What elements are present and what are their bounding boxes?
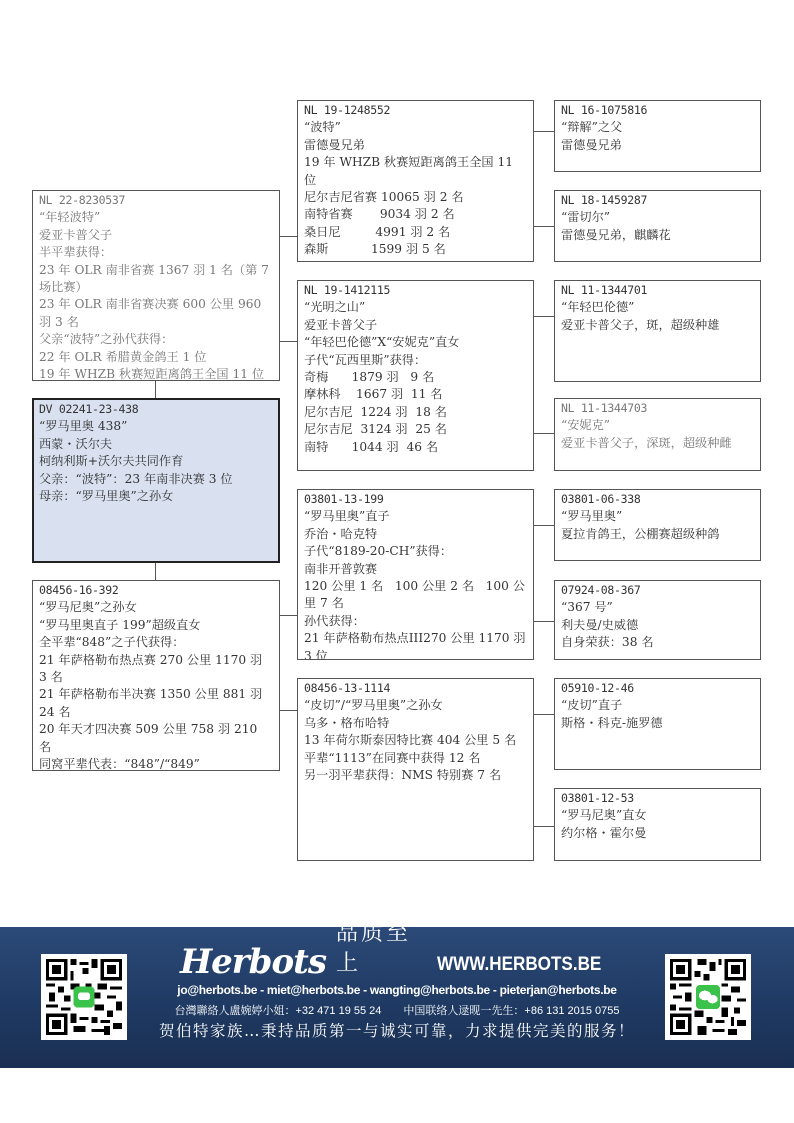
- detail-line: 奇梅 1879 羽 9 名: [304, 369, 527, 386]
- bird-name: “皮切”/“罗马里奥”之孙女: [304, 697, 527, 714]
- ring-number: NL 11-1344701: [561, 282, 754, 299]
- bird-name: “罗马里奥 438”: [39, 418, 273, 435]
- pedigree-box-sire-dam: NL 19-1412115 “光明之山” 爱亚卡普父子 “年轻巴伦德”X“安妮克…: [297, 280, 534, 471]
- pedigree-box-ggp-6: 07924-08-367 “367 号” 利夫曼/史威德 自身荣获：38 名: [554, 580, 761, 660]
- breeder: 爱亚卡普父子: [39, 227, 273, 244]
- breeder: 雷德曼兄弟: [561, 137, 754, 154]
- detail-line: 平辈“1113”在同赛中获得 12 名: [304, 750, 527, 767]
- bird-name: “罗马尼奥”直女: [561, 807, 754, 824]
- breeder: 爱亚卡普父子: [304, 317, 527, 334]
- breeder: 雷德曼兄弟: [304, 137, 527, 154]
- footer-banner: Herbots 品质至上 WWW.HERBOTS.BE jo@herbots.b…: [0, 927, 794, 1068]
- connector-line: [533, 826, 554, 827]
- contact-label: 中国联络人逯𬀪一先生：: [403, 1004, 524, 1017]
- detail-line: 20 年天才四决赛 509 公里 758 羽 210 名: [39, 721, 273, 756]
- website-link[interactable]: WWW.HERBOTS.BE: [437, 951, 601, 979]
- ring-number: NL 16-1075816: [561, 102, 754, 119]
- detail-line: 摩林科 1667 羽 11 名: [304, 386, 527, 403]
- bird-name: “光明之山”: [304, 299, 527, 316]
- breeder: 乌多・格布哈特: [304, 715, 527, 732]
- detail-line: 尼尔吉尼 3124 羽 25 名: [304, 421, 527, 438]
- detail-line: “年轻巴伦德”X“安妮克”直女: [304, 334, 527, 351]
- connector-line: [155, 562, 156, 580]
- contact-china: 中国联络人逯𬀪一先生：+86 131 2015 0755: [403, 1002, 619, 1018]
- connector-line: [533, 621, 554, 622]
- ring-number: 03801-13-199: [304, 491, 527, 508]
- detail-line: 同窝平辈代表：“848”/“849”: [39, 756, 273, 771]
- ring-number: 03801-12-53: [561, 790, 754, 807]
- breeder: 柯纳利斯+沃尔夫共同作育: [39, 453, 273, 470]
- herbots-logo: Herbots: [180, 945, 326, 979]
- bird-name: “皮切”直子: [561, 697, 754, 714]
- ring-number: 08456-13-1114: [304, 680, 527, 697]
- ring-number: NL 19-1412115: [304, 282, 527, 299]
- bird-name: “辩解”之父: [561, 119, 754, 136]
- owner: 西蒙・沃尔夫: [39, 436, 273, 453]
- ring-number: 07924-08-367: [561, 582, 754, 599]
- detail-line: “罗马里奥直子 199”超级直女: [39, 617, 273, 634]
- connector-line: [155, 380, 156, 398]
- pedigree-box-ggp-7: 05910-12-46 “皮切”直子 斯格・科克-施罗德: [554, 678, 761, 770]
- bird-name: “安妮克”: [561, 417, 754, 434]
- connector-line: [533, 316, 554, 317]
- ring-number: NL 19-1248552: [304, 102, 527, 119]
- connector-line: [279, 615, 297, 616]
- connector-line: [533, 714, 554, 715]
- motto: 贺伯特家族…秉持品质第一与诚实可靠，力求提供完美的服务！: [140, 1019, 654, 1041]
- detail-line: 南非开普敦赛: [304, 561, 527, 578]
- detail-line: 孙代获得：: [304, 613, 527, 630]
- ring-number: 03801-06-338: [561, 491, 754, 508]
- bird-name: “雷切尔”: [561, 209, 754, 226]
- pedigree-box-ggp-4: NL 11-1344703 “安妮克” 爱亚卡普父子，深斑，超级种雌: [554, 398, 761, 471]
- bird-name: “波特”: [304, 119, 527, 136]
- detail-line: 尼尔吉尼 1224 羽 18 名: [304, 404, 527, 421]
- detail-line: 21 年萨格勒布半决赛 1350 公里 881 羽 24 名: [39, 686, 273, 721]
- breeder: 爱亚卡普父子，深斑，超级种雌: [561, 435, 754, 452]
- connector-line: [533, 226, 554, 227]
- detail-line: 22 年 OLR 希腊黄金鸽王 1 位: [39, 349, 273, 366]
- pedigree-box-dam-dam: 08456-13-1114 “皮切”/“罗马里奥”之孙女 乌多・格布哈特 13 …: [297, 678, 534, 861]
- bird-name: “罗马里奥”: [561, 508, 754, 525]
- phone-number[interactable]: +32 471 19 55 24: [295, 1005, 381, 1017]
- breeder: 夏拉肯鸽王，公棚赛超级种鸽: [561, 526, 754, 543]
- connector-line: [533, 433, 554, 434]
- ring-number: NL 22-8230537: [39, 192, 273, 209]
- pedigree-box-sire: NL 22-8230537 “年轻波特” 爱亚卡普父子 半平辈获得： 23 年 …: [32, 190, 280, 381]
- detail-line: 子代“瓦西里斯”获得：: [304, 352, 527, 369]
- email-list[interactable]: jo@herbots.be - miet@herbots.be - wangti…: [140, 983, 654, 997]
- pedigree-box-dam-sire: 03801-13-199 “罗马里奥”直子 乔治・哈克特 子代“8189-20-…: [297, 489, 534, 660]
- breeder: 利夫曼/史威德: [561, 617, 754, 634]
- pedigree-box-ggp-2: NL 18-1459287 “雷切尔” 雷德曼兄弟，麒麟花: [554, 190, 761, 262]
- contact-row: 台灣聯絡人盧婉婷小姐：+32 471 19 55 24 中国联络人逯𬀪一先生：+…: [140, 1002, 654, 1018]
- breeder: 斯格・科克-施罗德: [561, 715, 754, 732]
- ring-number: NL 11-1344703: [561, 400, 754, 417]
- detail-line: 另一羽平辈获得：NMS 特别赛 7 名: [304, 767, 527, 784]
- detail-line: 19 年 WHZB 秋赛短距离鸽王全国 11 位: [39, 366, 273, 381]
- detail-line: 父亲“波特”之孙代获得：: [39, 331, 273, 348]
- connector-line: [279, 341, 297, 342]
- breeder: 雷德曼兄弟，麒麟花: [561, 227, 754, 244]
- connector-line: [533, 525, 554, 526]
- detail-line: 23 年 OLR 南非省赛决赛 600 公里 960 羽 3 名: [39, 296, 273, 331]
- brand-slogan: 品质至上: [336, 919, 427, 979]
- detail-line: 21 年萨格勒布热点III270 公里 1170 羽 3 位: [304, 630, 527, 660]
- pedigree-box-dam: 08456-16-392 “罗马尼奥”之孙女 “罗马里奥直子 199”超级直女 …: [32, 580, 280, 771]
- detail-line: 自身荣获：38 名: [561, 634, 754, 651]
- ring-number: 08456-16-392: [39, 582, 273, 599]
- pedigree-box-subject: DV 02241-23-438 “罗马里奥 438” 西蒙・沃尔夫 柯纳利斯+沃…: [32, 398, 280, 563]
- detail-line: 桑日尼 4991 羽 2 名: [304, 224, 527, 241]
- bird-name: “年轻巴伦德”: [561, 299, 754, 316]
- detail-line: 13 年荷尔斯泰因特比赛 404 公里 5 名: [304, 732, 527, 749]
- pedigree-box-sire-sire: NL 19-1248552 “波特” 雷德曼兄弟 19 年 WHZB 秋赛短距离…: [297, 100, 534, 262]
- detail-line: 120 公里 1 名 100 公里 2 名 100 公里 7 名: [304, 578, 527, 613]
- pedigree-box-ggp-8: 03801-12-53 “罗马尼奥”直女 约尔格・霍尔曼: [554, 788, 761, 861]
- contact-label: 台灣聯絡人盧婉婷小姐：: [174, 1004, 295, 1017]
- connector-line: [279, 236, 297, 237]
- ring-number: DV 02241-23-438: [39, 401, 273, 418]
- phone-number[interactable]: +86 131 2015 0755: [524, 1005, 619, 1017]
- pedigree-box-ggp-1: NL 16-1075816 “辩解”之父 雷德曼兄弟: [554, 100, 761, 172]
- detail-line: 尼尔吉尼省赛 10065 羽 2 名: [304, 189, 527, 206]
- bird-name: “罗马里奥”直子: [304, 508, 527, 525]
- detail-line: 19 年 WHZB 秋赛短距离鸽王全国 11 位: [304, 154, 527, 189]
- brand-row: Herbots 品质至上 WWW.HERBOTS.BE: [180, 943, 620, 979]
- bird-name: “罗马尼奥”之孙女: [39, 599, 273, 616]
- bird-name: “367 号”: [561, 599, 754, 616]
- line-qr-icon[interactable]: [41, 954, 127, 1040]
- detail-line: 南特 1044 羽 46 名: [304, 439, 527, 456]
- wechat-qr-icon[interactable]: [665, 954, 751, 1040]
- connector-line: [279, 710, 297, 711]
- ring-number: 05910-12-46: [561, 680, 754, 697]
- father-info: 父亲：“波特”：23 年南非决赛 3 位: [39, 471, 273, 488]
- detail-line: 子代“8189-20-CH”获得：: [304, 543, 527, 560]
- detail-line: 21 年萨格勒布热点赛 270 公里 1170 羽 3 名: [39, 652, 273, 687]
- breeder: 约尔格・霍尔曼: [561, 825, 754, 842]
- detail-line: 南特省赛 9034 羽 2 名: [304, 206, 527, 223]
- mother-info: 母亲：“罗马里奥”之孙女: [39, 488, 273, 505]
- pedigree-box-ggp-5: 03801-06-338 “罗马里奥” 夏拉肯鸽王，公棚赛超级种鸽: [554, 489, 761, 561]
- detail-line: 半平辈获得：: [39, 244, 273, 261]
- pedigree-box-ggp-3: NL 11-1344701 “年轻巴伦德” 爱亚卡普父子，斑，超级种雄: [554, 280, 761, 382]
- breeder: 乔治・哈克特: [304, 526, 527, 543]
- detail-line: 森斯 1599 羽 5 名: [304, 241, 527, 258]
- contact-taiwan: 台灣聯絡人盧婉婷小姐：+32 471 19 55 24: [174, 1002, 381, 1018]
- breeder: 爱亚卡普父子，斑，超级种雄: [561, 317, 754, 334]
- detail-line: 全平辈“848”之子代获得：: [39, 634, 273, 651]
- ring-number: NL 18-1459287: [561, 192, 754, 209]
- bird-name: “年轻波特”: [39, 209, 273, 226]
- detail-line: 23 年 OLR 南非省赛 1367 羽 1 名（第 7 场比赛）: [39, 262, 273, 297]
- connector-line: [533, 131, 554, 132]
